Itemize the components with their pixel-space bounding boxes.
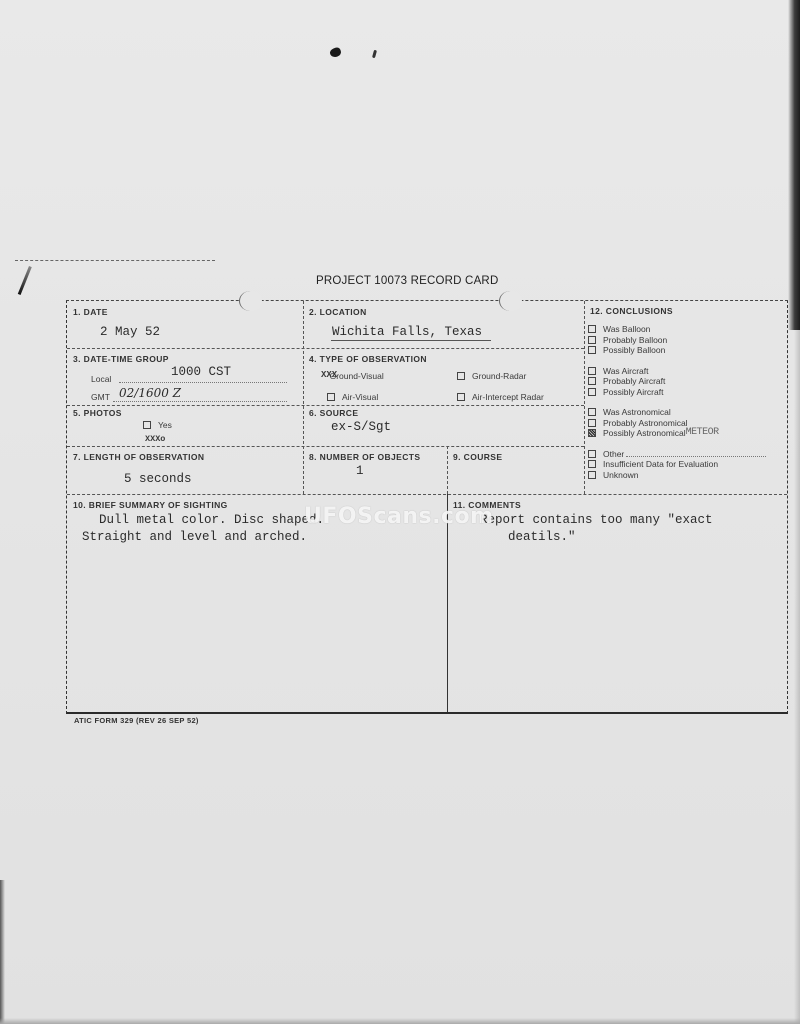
card-title: PROJECT 10073 RECORD CARD	[316, 275, 498, 287]
card-edge-line	[15, 260, 215, 261]
course-label: 9. COURSE	[453, 452, 502, 462]
number-of-objects-value: 1	[356, 464, 364, 478]
conclusions-list: Was Balloon Probably Balloon Possibly Ba…	[588, 324, 766, 480]
option-ground-visual[interactable]: XXX Ground-Visual	[321, 371, 384, 382]
grid-line	[67, 405, 584, 406]
option-ground-radar[interactable]: Ground-Radar	[457, 371, 526, 381]
source-value: ex-S/Sgt	[331, 420, 391, 434]
ink-smudge	[329, 46, 342, 58]
option-was-aircraft[interactable]: Was Aircraft	[588, 366, 766, 377]
conclusions-cell: 12. CONCLUSIONS Was Balloon Probably Bal…	[584, 301, 787, 494]
conclusions-label: 12. CONCLUSIONS	[590, 306, 673, 316]
checkbox-icon	[588, 336, 596, 344]
grid-line	[67, 348, 584, 349]
number-of-objects-label: 8. NUMBER OF OBJECTS	[309, 452, 420, 462]
option-insufficient-data[interactable]: Insufficient Data for Evaluation	[588, 459, 766, 470]
meteor-annotation: METEOR	[686, 428, 719, 439]
date-time-group-label: 3. DATE-TIME GROUP	[73, 354, 169, 364]
checkbox-icon	[588, 367, 596, 375]
length-of-observation-value: 5 seconds	[124, 472, 192, 486]
scan-edge-shadow	[0, 1018, 800, 1024]
option-was-astronomical[interactable]: Was Astronomical	[588, 407, 766, 418]
form-number: ATIC FORM 329 (REV 26 SEP 52)	[74, 716, 199, 725]
option-probably-balloon[interactable]: Probably Balloon	[588, 335, 766, 346]
type-of-observation-label: 4. TYPE OF OBSERVATION	[309, 354, 427, 364]
scan-edge-shadow	[0, 880, 5, 1024]
checkbox-icon	[588, 377, 596, 385]
option-unknown[interactable]: Unknown	[588, 470, 766, 481]
grid-line	[67, 446, 584, 447]
scanned-page: PROJECT 10073 RECORD CARD 1. DATE 2 May …	[0, 0, 800, 1024]
watermark: UFOScans.com	[304, 504, 494, 529]
scan-edge-shadow	[794, 330, 800, 1024]
local-underline	[119, 382, 287, 383]
checkbox-icon	[143, 421, 151, 429]
brief-summary-label: 10. BRIEF SUMMARY OF SIGHTING	[73, 500, 228, 510]
typed-x-mark: XXX	[321, 370, 337, 380]
gmt-label: GMT	[91, 392, 110, 402]
checkbox-icon	[327, 393, 335, 401]
option-probably-astronomical[interactable]: Probably Astronomical	[588, 418, 766, 429]
date-value: 2 May 52	[100, 325, 160, 339]
brief-summary-line: Straight and level and arched.	[82, 530, 307, 544]
option-photos-yes[interactable]: Yes	[143, 420, 172, 430]
length-of-observation-label: 7. LENGTH OF OBSERVATION	[73, 452, 204, 462]
option-was-balloon[interactable]: Was Balloon	[588, 324, 766, 335]
checkbox-icon	[588, 388, 596, 396]
option-possibly-balloon[interactable]: Possibly Balloon	[588, 345, 766, 356]
location-label: 2. LOCATION	[309, 307, 367, 317]
scan-edge-shadow	[788, 0, 800, 330]
checkbox-icon	[457, 393, 465, 401]
local-label: Local	[91, 374, 111, 384]
checkbox-icon	[588, 460, 596, 468]
date-label: 1. DATE	[73, 307, 108, 317]
option-air-intercept-radar[interactable]: Air-Intercept Radar	[457, 392, 544, 402]
option-probably-aircraft[interactable]: Probably Aircraft	[588, 376, 766, 387]
punch-notch	[239, 291, 262, 311]
location-underline	[331, 340, 491, 341]
local-time-value: 1000 CST	[171, 365, 231, 379]
option-other[interactable]: Other	[588, 449, 766, 460]
brief-summary-line: Dull metal color. Disc shaped.	[99, 513, 324, 527]
checkbox-icon	[588, 408, 596, 416]
option-air-visual[interactable]: Air-Visual	[327, 392, 378, 402]
grid-line	[447, 446, 448, 494]
grid-line	[67, 494, 787, 495]
grid-line	[303, 301, 304, 494]
option-possibly-aircraft[interactable]: Possibly Aircraft	[588, 387, 766, 398]
comments-line: deatils."	[508, 530, 576, 544]
photos-label: 5. PHOTOS	[73, 408, 122, 418]
location-value: Wichita Falls, Texas	[332, 325, 482, 339]
checkbox-icon	[588, 346, 596, 354]
ink-smudge	[372, 50, 377, 59]
checked-checkbox-icon	[588, 429, 596, 437]
checkbox-icon	[457, 372, 465, 380]
punch-notch	[499, 291, 522, 311]
checkbox-icon	[588, 471, 596, 479]
checkbox-icon	[588, 325, 596, 333]
gmt-underline	[113, 401, 287, 402]
option-photos-no[interactable]: XXXo	[145, 434, 165, 444]
pen-mark	[18, 266, 32, 295]
checkbox-icon	[588, 450, 596, 458]
other-underline	[626, 456, 766, 457]
source-label: 6. SOURCE	[309, 408, 358, 418]
option-possibly-astronomical[interactable]: Possibly Astronomical METEOR	[588, 428, 766, 439]
gmt-time-value: 02/1600 Z	[119, 386, 181, 400]
comments-line: Report contains too many "exact	[480, 513, 713, 527]
checkbox-icon	[588, 419, 596, 427]
